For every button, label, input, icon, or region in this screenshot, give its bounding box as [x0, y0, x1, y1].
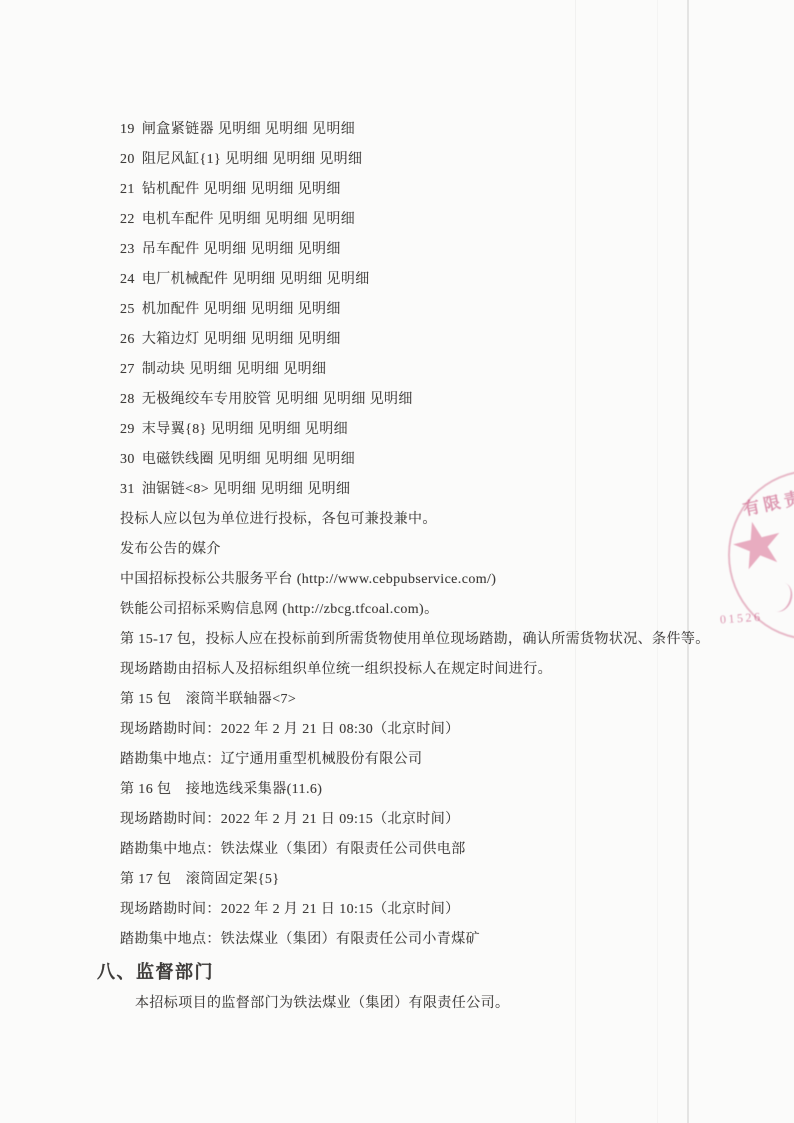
item-number: 22 [120, 205, 138, 235]
list-item: 24 电厂机械配件 见明细 见明细 见明细 [120, 265, 740, 295]
package-16-title: 第 16 包 接地选线采集器(11.6) [120, 775, 740, 805]
item-name: 闸盒紧链器 [142, 122, 214, 137]
item-name: 机加配件 [142, 302, 200, 317]
item-number: 20 [120, 145, 138, 175]
media-platform-ceb: 中国招标投标公共服务平台 (http://www.cebpubservice.c… [120, 565, 740, 595]
item-name: 末导翼{8} [142, 422, 207, 437]
item-name: 吊车配件 [142, 242, 200, 257]
item-name: 电磁铁线圈 [142, 452, 214, 467]
package-15-title: 第 15 包 滚筒半联轴器<7> [120, 685, 740, 715]
item-detail: 见明细 见明细 见明细 [203, 242, 340, 257]
list-item: 20 阻尼风缸{1} 见明细 见明细 见明细 [120, 145, 740, 175]
list-item: 29 末导翼{8} 见明细 见明细 见明细 [120, 415, 740, 445]
list-item: 26 大箱边灯 见明细 见明细 见明细 [120, 325, 740, 355]
item-name: 阻尼风缸{1} [142, 152, 221, 167]
item-detail: 见明细 见明细 见明细 [232, 272, 369, 287]
item-detail: 见明细 见明细 见明细 [203, 182, 340, 197]
scanned-document-page: 19 闸盒紧链器 见明细 见明细 见明细 20 阻尼风缸{1} 见明细 见明细 … [0, 0, 794, 1123]
package-15-survey-location: 踏勘集中地点：辽宁通用重型机械股份有限公司 [120, 745, 740, 775]
package-16-survey-time: 现场踏勘时间：2022 年 2 月 21 日 09:15（北京时间） [120, 805, 740, 835]
bid-packages-note: 投标人应以包为单位进行投标，各包可兼投兼中。 [120, 505, 740, 535]
media-section-title: 发布公告的媒介 [120, 535, 740, 565]
site-survey-organization: 现场踏勘由招标人及招标组织单位统一组织投标人在规定时间进行。 [120, 655, 740, 685]
item-number: 29 [120, 415, 138, 445]
item-detail: 见明细 见明细 见明细 [189, 362, 326, 377]
item-detail: 见明细 见明细 见明细 [203, 302, 340, 317]
list-item: 19 闸盒紧链器 见明细 见明细 见明细 [120, 115, 740, 145]
item-name: 大箱边灯 [142, 332, 200, 347]
item-name: 无极绳绞车专用胶管 [142, 392, 272, 407]
item-number: 24 [120, 265, 138, 295]
item-detail: 见明细 见明细 见明细 [211, 422, 348, 437]
list-item: 28 无极绳绞车专用胶管 见明细 见明细 见明细 [120, 385, 740, 415]
list-item: 27 制动块 见明细 见明细 见明细 [120, 355, 740, 385]
item-detail: 见明细 见明细 见明细 [218, 122, 355, 137]
item-number: 19 [120, 115, 138, 145]
seal-arc-text: 有限责 [740, 483, 794, 521]
package-16-survey-location: 踏勘集中地点：铁法煤业（集团）有限责任公司供电部 [120, 835, 740, 865]
seal-partial-character-stroke [764, 579, 794, 615]
item-number: 23 [120, 235, 138, 265]
document-body: 19 闸盒紧链器 见明细 见明细 见明细 20 阻尼风缸{1} 见明细 见明细 … [120, 115, 740, 955]
item-detail: 见明细 见明细 见明细 [218, 452, 355, 467]
package-17-survey-location: 踏勘集中地点：铁法煤业（集团）有限责任公司小青煤矿 [120, 925, 740, 955]
package-17-title: 第 17 包 滚筒固定架{5} [120, 865, 740, 895]
item-detail: 见明细 见明细 见明细 [225, 152, 362, 167]
site-survey-requirement: 第 15-17 包，投标人应在投标前到所需货物使用单位现场踏勘，确认所需货物状况… [120, 625, 740, 655]
list-item: 22 电机车配件 见明细 见明细 见明细 [120, 205, 740, 235]
item-number: 25 [120, 295, 138, 325]
item-name: 钻机配件 [142, 182, 200, 197]
list-item: 25 机加配件 见明细 见明细 见明细 [120, 295, 740, 325]
item-number: 31 [120, 475, 138, 505]
item-name: 制动块 [142, 362, 185, 377]
item-name: 油锯链<8> [142, 482, 209, 497]
item-detail: 见明细 见明细 见明细 [275, 392, 412, 407]
item-number: 26 [120, 325, 138, 355]
item-number: 27 [120, 355, 138, 385]
supervision-section-body: 本招标项目的监督部门为铁法煤业（集团）有限责任公司。 [135, 992, 509, 1012]
supervision-section-heading: 八、监督部门 [97, 958, 214, 984]
item-name: 电厂机械配件 [142, 272, 228, 287]
package-15-survey-time: 现场踏勘时间：2022 年 2 月 21 日 08:30（北京时间） [120, 715, 740, 745]
item-detail: 见明细 见明细 见明细 [213, 482, 350, 497]
item-detail: 见明细 见明细 见明细 [218, 212, 355, 227]
media-platform-tfcoal: 铁能公司招标采购信息网 (http://zbcg.tfcoal.com)。 [120, 595, 740, 625]
item-number: 30 [120, 445, 138, 475]
list-item: 21 钻机配件 见明细 见明细 见明细 [120, 175, 740, 205]
item-name: 电机车配件 [142, 212, 214, 227]
item-detail: 见明细 见明细 见明细 [203, 332, 340, 347]
list-item: 31 油锯链<8> 见明细 见明细 见明细 [120, 475, 740, 505]
item-number: 21 [120, 175, 138, 205]
package-17-survey-time: 现场踏勘时间：2022 年 2 月 21 日 10:15（北京时间） [120, 895, 740, 925]
item-number: 28 [120, 385, 138, 415]
list-item: 30 电磁铁线圈 见明细 见明细 见明细 [120, 445, 740, 475]
list-item: 23 吊车配件 见明细 见明细 见明细 [120, 235, 740, 265]
